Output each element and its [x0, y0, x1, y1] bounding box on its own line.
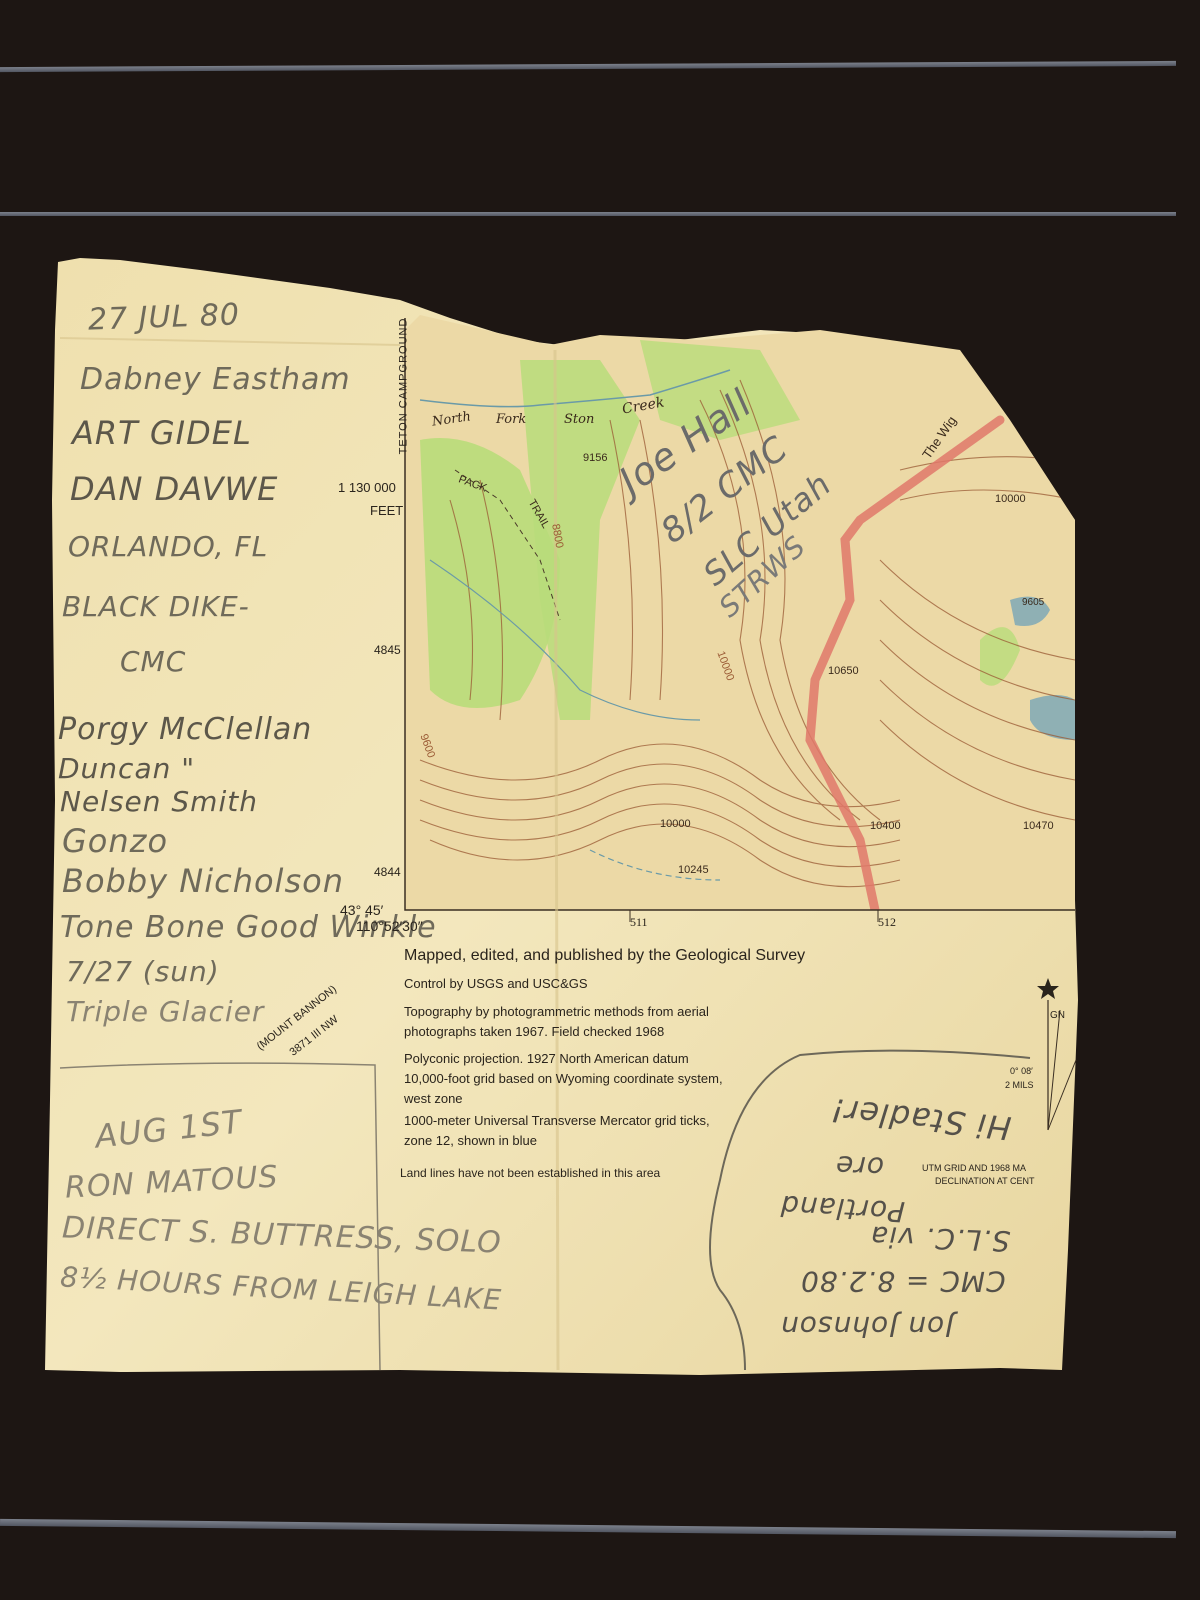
handwritten-upside-note: Jon Johnson: [780, 1310, 953, 1343]
grid-feet-label: FEET: [370, 503, 403, 518]
handwritten-name: Porgy McClellan: [58, 712, 312, 747]
handwritten-route: BLACK DIKE-: [62, 590, 250, 623]
grid-northing-label: 1 130 000: [338, 480, 396, 495]
handwritten-name: Gonzo: [62, 822, 168, 860]
handwritten-name: ART GIDEL: [72, 414, 252, 452]
credits-zone: west zone: [404, 1091, 463, 1106]
credits-utm-1: 1000-meter Universal Transverse Mercator…: [404, 1113, 710, 1128]
declination-caption: UTM GRID AND 1968 MA: [922, 1163, 1026, 1173]
handwritten-name: DAN DAVWE: [70, 470, 278, 508]
handwritten-name: Bobby Nicholson: [62, 862, 344, 900]
elevation-label: 10000: [995, 493, 1026, 505]
declination-caption: DECLINATION AT CENT: [935, 1176, 1035, 1186]
credits-topography-2: photographs taken 1967. Field checked 19…: [404, 1024, 664, 1039]
elevation-label: 10400: [870, 820, 901, 832]
handwritten-name: Nelsen Smith: [60, 785, 258, 818]
elevation-label: 10470: [1023, 820, 1054, 832]
creek-label: Ston: [564, 412, 594, 427]
credits-title: Mapped, edited, and published by the Geo…: [404, 947, 805, 965]
handwritten-date: 27 JUL 80: [87, 297, 240, 337]
utm-tick-label: 512: [878, 915, 896, 930]
utm-tick-label: 4844: [374, 865, 401, 879]
creek-label: Fork: [496, 412, 526, 427]
elevation-label: 10245: [678, 864, 709, 876]
elevation-label: 10650: [828, 665, 859, 677]
credits-control: Control by USGS and USC&GS: [404, 976, 588, 991]
handwritten-route: Triple Glacier: [66, 995, 264, 1028]
credits-projection: Polyconic projection. 1927 North America…: [404, 1051, 689, 1066]
handwritten-upside-note: CMC = 8.2.80: [800, 1265, 1006, 1298]
handwritten-city: ORLANDO, FL: [68, 530, 268, 563]
handwritten-upside-note: S.L.C. via: [869, 1220, 1010, 1258]
lake-elevation-label: 9605: [1022, 597, 1044, 608]
credits-utm-2: zone 12, shown in blue: [404, 1133, 537, 1148]
declination-angle: 0° 08′: [1010, 1066, 1033, 1076]
credits-topography-1: Topography by photogrammetric methods fr…: [404, 1004, 709, 1019]
elevation-label: 10000: [660, 818, 691, 830]
grid-north-label: GN: [1050, 1010, 1065, 1021]
declination-mils: 2 MILS: [1005, 1080, 1034, 1090]
utm-tick-label: 4845: [374, 643, 401, 657]
handwritten-name: Dabney Eastham: [80, 362, 351, 397]
handwritten-upside-note: ore: [834, 1149, 884, 1184]
elevation-label: 9156: [583, 452, 607, 464]
campground-label: TETON CAMPGROUND: [397, 318, 409, 455]
credits-grid: 10,000-foot grid based on Wyoming coordi…: [404, 1071, 723, 1086]
handwritten-club: CMC: [120, 645, 186, 678]
handwritten-name: Duncan ": [58, 752, 195, 785]
handwritten-date: 7/27 (sun): [66, 955, 220, 988]
corner-longitude: 110°52′30″: [356, 918, 423, 934]
corner-latitude: 43° 45′: [340, 902, 383, 918]
credits-land-lines: Land lines have not been established in …: [400, 1166, 660, 1180]
utm-tick-label: 511: [630, 915, 648, 930]
